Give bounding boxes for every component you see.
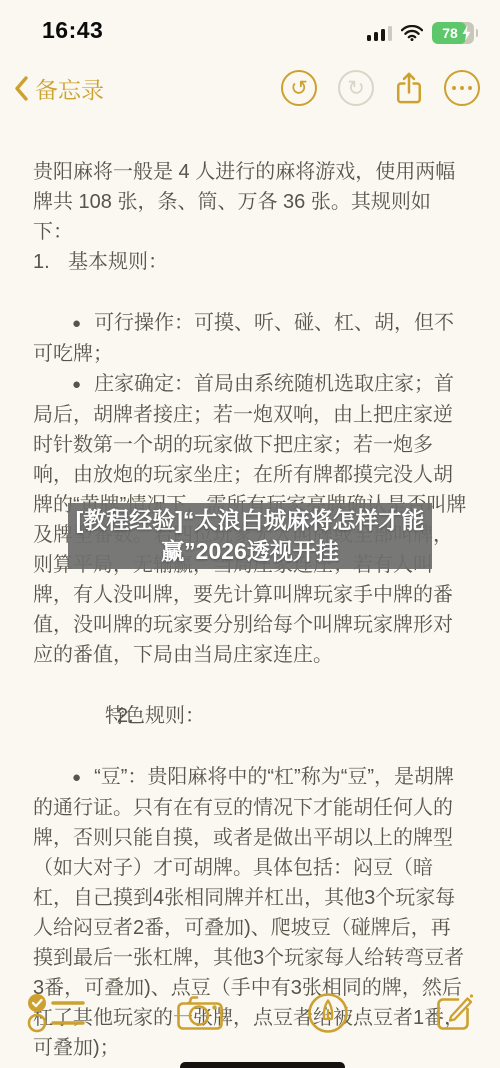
ellipsis-icon [452,86,473,91]
undo-button[interactable]: ↺ [281,70,317,106]
blank-line [33,277,467,308]
bullet-item-operations: ●可行操作：可摸、听、碰、杠、胡，但不可吃牌； [33,308,467,369]
undo-icon: ↺ [290,78,308,99]
status-time: 16:43 [42,17,103,44]
bullet-icon: ● [72,315,81,332]
back-button[interactable]: 备忘录 [14,72,104,105]
overlay-text-line2: 赢”2026透视开挂 [161,536,339,567]
numbered-item-1: 1.基本规则： [33,247,467,277]
wifi-icon [401,25,423,41]
list-number: 2. [75,701,105,731]
status-icons: 78 [367,22,479,44]
camera-icon [177,995,223,1031]
compose-icon [434,993,474,1033]
home-indicator[interactable] [180,1062,345,1068]
bottom-toolbar [0,984,500,1042]
list-number: 1. [33,247,68,277]
nav-bar: 备忘录 ↺ ↻ [0,60,500,116]
battery-indicator: 78 [432,22,478,44]
numbered-item-text: 基本规则： [68,251,168,273]
share-button[interactable] [395,71,423,105]
redo-button[interactable]: ↻ [338,70,374,106]
compose-button[interactable] [434,993,474,1033]
numbered-item-text: 特色规则： [105,705,205,727]
bullet-icon: ● [72,769,81,786]
note-intro-paragraph: 贵阳麻将一般是 4 人进行的麻将游戏，使用两幅牌共 108 张，条、筒、万各 3… [33,157,467,247]
back-label: 备忘录 [35,72,104,105]
markup-button[interactable] [307,992,349,1034]
cellular-signal-icon [367,26,393,41]
note-content[interactable]: 贵阳麻将一般是 4 人进行的麻将游戏，使用两幅牌共 108 张，条、筒、万各 3… [33,157,467,1063]
nav-actions: ↺ ↻ [281,70,480,106]
checklist-icon [26,992,92,1034]
blank-line [33,731,467,762]
spam-overlay-banner: [教程经验]“太浪白城麻将怎样才能 赢”2026透视开挂 [68,503,432,569]
numbered-item-2: 2.特色规则： [33,701,467,731]
bullet-text: 可行操作：可摸、听、碰、杠、胡，但不可吃牌； [33,312,454,365]
share-icon [395,71,423,105]
overlay-text-line1: [教程经验]“太浪白城麻将怎样才能 [76,505,425,536]
status-bar: 16:43 78 [0,0,500,54]
markup-pen-icon [307,992,349,1034]
charging-bolt-icon [462,25,471,41]
checklist-button[interactable] [26,992,92,1034]
more-button[interactable] [444,70,480,106]
bullet-icon: ● [72,376,81,393]
redo-icon: ↻ [347,78,365,99]
back-chevron-icon [14,76,28,101]
blank-line [33,670,467,701]
camera-button[interactable] [177,995,223,1031]
